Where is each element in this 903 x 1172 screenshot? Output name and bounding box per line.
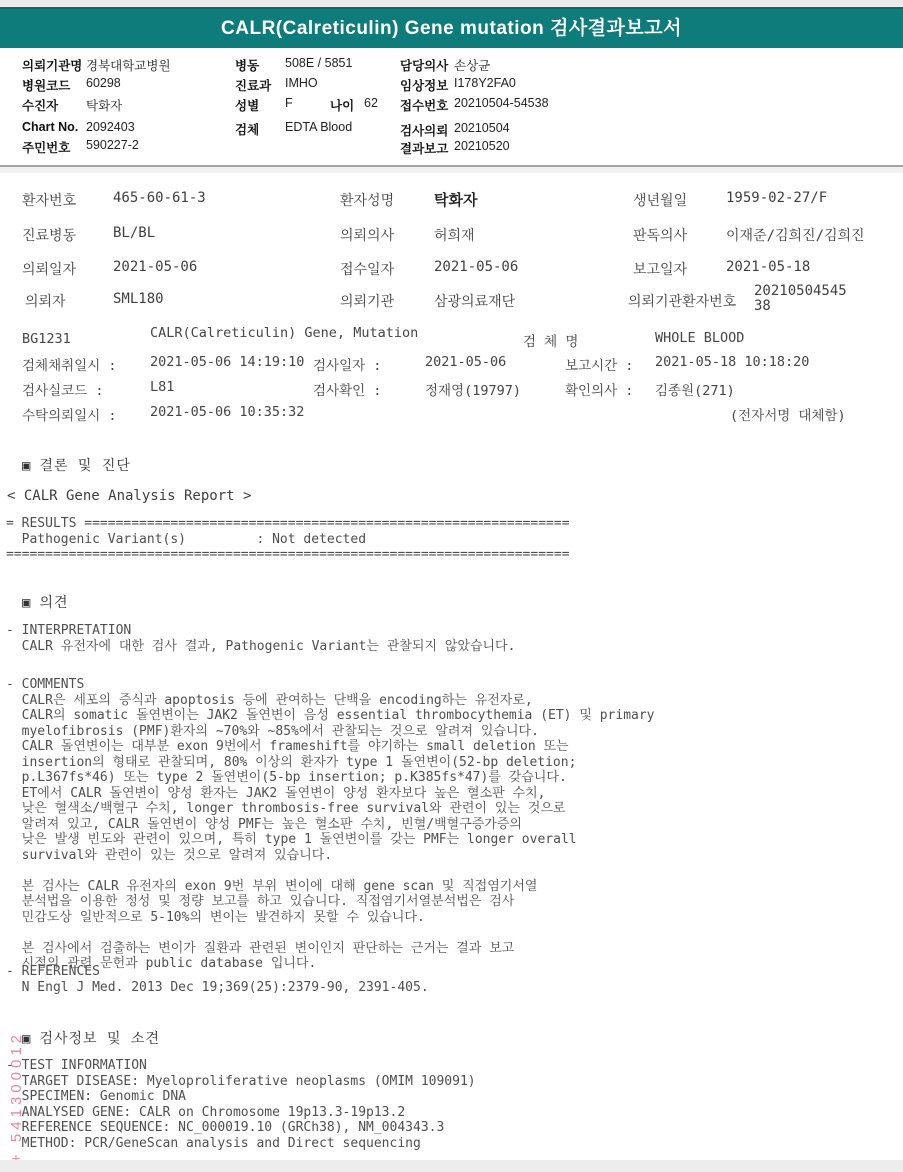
patient-label: 의뢰기관환자번호 xyxy=(628,291,736,311)
header-label: 의뢰기관명 xyxy=(22,56,82,74)
esign-note: (전자서명 대체함) xyxy=(730,404,846,424)
section-heading-text: 의견 xyxy=(39,595,68,611)
header-value: 20210504-54538 xyxy=(454,96,549,110)
patient-value: 이재준/김희진/김희진 xyxy=(726,225,865,245)
section-marker-icon: ▣ xyxy=(22,595,31,611)
header-label: 성별 xyxy=(235,96,259,114)
header-value: IMHO xyxy=(285,76,318,90)
test-row-value: 2021-05-06 xyxy=(425,354,506,370)
patient-value: 허희재 xyxy=(434,225,475,245)
results-block: = RESULTS ==============================… xyxy=(6,516,570,563)
header-value: 62 xyxy=(364,96,378,110)
patient-label: 의뢰기관 xyxy=(340,291,394,311)
section-heading-test-info: ▣검사정보 및 소견 xyxy=(22,1028,160,1048)
specimen-value: WHOLE BLOOD xyxy=(655,330,744,346)
test-row-label: 보고시간 : xyxy=(565,354,633,374)
header-divider-shadow xyxy=(0,167,903,173)
patient-label: 의뢰자 xyxy=(25,291,66,311)
patient-value: BL/BL xyxy=(113,225,155,241)
header-label: 진료과 xyxy=(235,76,271,94)
section-marker-icon: ▣ xyxy=(22,458,31,474)
header-label: Chart No. xyxy=(22,120,78,134)
header-value: F xyxy=(285,96,293,110)
header-label: 결과보고 xyxy=(400,139,448,157)
test-row-label: 검사실코드 : xyxy=(22,379,103,399)
section-heading-opinion: ▣의견 xyxy=(22,592,69,612)
header-value: 탁화자 xyxy=(86,96,122,114)
patient-value: 2021-05-06 xyxy=(434,259,518,275)
patient-label: 환자번호 xyxy=(22,190,76,210)
comments-block: - COMMENTS CALR은 세포의 증식과 apoptosis 등에 관여… xyxy=(6,677,655,972)
patient-label: 의뢰일자 xyxy=(22,259,76,279)
header-label: 담당의사 xyxy=(400,56,448,74)
test-row-value: 2021-05-18 10:18:20 xyxy=(655,354,809,370)
test-code: BG1231 xyxy=(22,331,71,347)
header-value: 20210520 xyxy=(454,139,510,153)
patient-label: 의뢰의사 xyxy=(340,225,394,245)
header-label: 임상정보 xyxy=(400,76,448,94)
patient-value: 2021-05-18 xyxy=(726,259,810,275)
patient-label: 환자성명 xyxy=(340,190,394,210)
section-heading-conclusion: ▣결론 및 진단 xyxy=(22,455,131,475)
test-info-block: - TEST INFORMATION TARGET DISEASE: Myelo… xyxy=(6,1058,476,1151)
header-label: 접수번호 xyxy=(400,96,448,114)
test-row-value: 김종원(271) xyxy=(655,379,735,399)
test-row-value: L81 xyxy=(150,379,174,395)
patient-label: 보고일자 xyxy=(633,259,687,279)
page-bottom-strip xyxy=(0,1160,903,1172)
header-value: 손상균 xyxy=(454,56,490,74)
test-row-value: 2021-05-06 14:19:10 xyxy=(150,354,304,370)
header-value: EDTA Blood xyxy=(285,120,352,134)
report-page: CALR(Calreticulin) Gene mutation 검사결과보고서… xyxy=(0,0,903,1172)
header-label: 검사의뢰 xyxy=(400,121,448,139)
page-title: CALR(Calreticulin) Gene mutation 검사결과보고서 xyxy=(0,9,903,48)
patient-label: 접수일자 xyxy=(340,259,394,279)
header-value: 60298 xyxy=(86,76,121,90)
test-row-label: 검체채취일시 : xyxy=(22,354,117,374)
header-value: 2092403 xyxy=(86,120,135,134)
header-value: 508E / 5851 xyxy=(285,56,352,70)
section-heading-text: 검사정보 및 소견 xyxy=(39,1031,160,1047)
header-value: 경북대학교병원 xyxy=(86,56,171,74)
header-value: I178Y2FA0 xyxy=(454,76,516,90)
patient-value: 465-60-61-3 xyxy=(113,190,206,206)
test-row-label: 수탁의뢰일시 : xyxy=(22,404,117,424)
patient-value: 2021-05-06 xyxy=(113,259,197,275)
header-label: 검체 xyxy=(235,120,259,138)
interpretation-block: - INTERPRETATION CALR 유전자에 대한 검사 결과, Pat… xyxy=(6,623,515,654)
header-label: 수진자 xyxy=(22,96,58,114)
patient-label: 진료병동 xyxy=(22,225,76,245)
test-row-label: 검사일자 : xyxy=(313,354,381,374)
patient-label: 판독의사 xyxy=(633,225,687,245)
patient-value: 2021050454538 xyxy=(754,284,854,314)
test-row-label: 검사확인 : xyxy=(313,379,381,399)
patient-value: 삼광의료재단 xyxy=(434,291,515,311)
header-value: 20210504 xyxy=(454,121,510,135)
header-value: 590227-2 xyxy=(86,138,139,152)
section-heading-text: 결론 및 진단 xyxy=(39,458,130,474)
test-row-label: 확인의사 : xyxy=(565,379,633,399)
analysis-report-title: < CALR Gene Analysis Report > xyxy=(7,488,251,504)
test-name: CALR(Calreticulin) Gene, Mutation xyxy=(150,325,418,341)
test-row-value: 2021-05-06 10:35:32 xyxy=(150,404,304,420)
report-title-bar: CALR(Calreticulin) Gene mutation 검사결과보고서 xyxy=(0,7,903,48)
patient-name-value: 탁화자 xyxy=(434,189,477,210)
references-block: - REFERENCES N Engl J Med. 2013 Dec 19;3… xyxy=(6,964,429,995)
patient-value: 1959-02-27/F xyxy=(726,190,827,206)
page-top-strip xyxy=(0,0,903,7)
header-label: 주민번호 xyxy=(22,138,70,156)
patient-value: SML180 xyxy=(113,291,164,307)
header-label: 병동 xyxy=(235,56,259,74)
header-label: 병원코드 xyxy=(22,76,70,94)
test-row-value: 정재영(19797) xyxy=(425,379,521,399)
patient-label: 생년월일 xyxy=(633,190,687,210)
specimen-label: 검 체 명 xyxy=(523,330,578,350)
header-label: 나이 xyxy=(330,96,354,114)
margin-specimen-code: + 541300012 xyxy=(8,1031,25,1163)
